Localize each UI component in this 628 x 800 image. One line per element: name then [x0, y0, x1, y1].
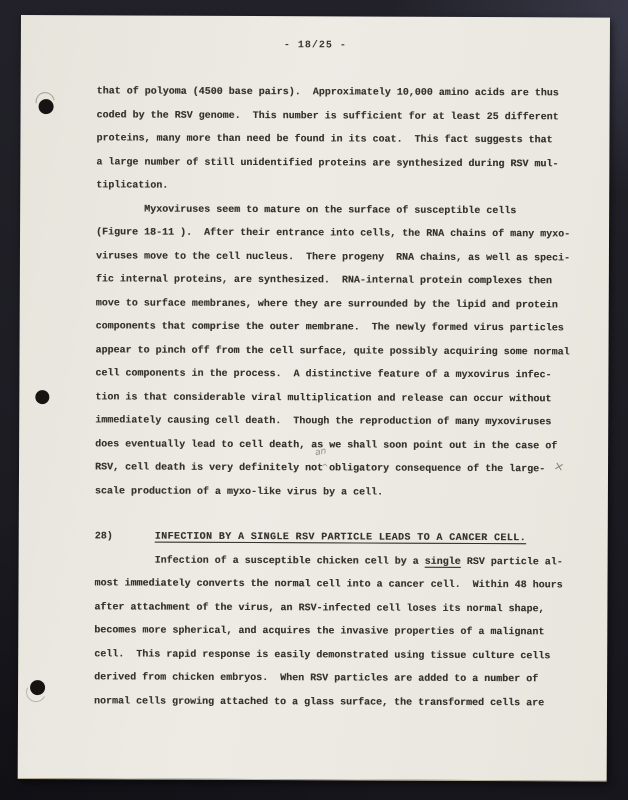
section-gap: [95, 503, 593, 527]
underlined-word: single: [425, 556, 461, 567]
text-line: RSV, cell death is very definitely not o…: [95, 456, 593, 482]
hole-punch: [35, 390, 49, 404]
section-number: 28): [95, 531, 113, 542]
text-line: (Figure 18-11 ). After their entrance in…: [96, 221, 594, 247]
hole-punch: [30, 680, 45, 695]
text-segment: RSV particle al-: [461, 556, 563, 567]
text-line: proteins, many more than need be found i…: [96, 127, 594, 153]
text-line: fic internal proteins, are synthesized. …: [96, 268, 594, 294]
text-line: tiplication.: [96, 174, 594, 200]
text-line: viruses move to the cell nucleus. There …: [96, 245, 594, 271]
text-line: that of polyoma (4500 base pairs). Appro…: [97, 80, 595, 106]
body-text: that of polyoma (4500 base pairs). Appro…: [94, 80, 595, 715]
text-line: does eventually lead to cell death, as w…: [95, 433, 593, 459]
page-number: - 18/25 -: [21, 39, 610, 53]
document-page: - 18/25 - that of polyoma (4500 base pai…: [18, 15, 610, 782]
text-line: derived from chicken embryos. When RSV p…: [94, 666, 592, 692]
text-line: Myxoviruses seem to mature on the surfac…: [96, 198, 594, 224]
text-line: after attachment of the virus, an RSV-in…: [94, 596, 592, 622]
insertion-caret-icon: ^: [321, 463, 329, 473]
text-line: becomes more spherical, and acquires the…: [94, 619, 592, 645]
section-heading: INFECTION BY A SINGLE RSV PARTICLE LEADS…: [155, 532, 526, 545]
handwritten-insertion: an: [314, 446, 327, 458]
text-line: Infection of a susceptible chicken cell …: [95, 549, 593, 575]
text-line: most immediately converts the normal cel…: [94, 572, 592, 598]
text-line: appear to pinch off from the cell surfac…: [95, 339, 593, 365]
hole-punch: [39, 99, 54, 114]
text-line: coded by the RSV genome. This number is …: [97, 104, 595, 130]
text-line: scale production of a myxo-like virus by…: [95, 480, 593, 506]
text-line: normal cells growing attached to a glass…: [94, 690, 592, 716]
text-line: cell components in the process. A distin…: [95, 362, 593, 388]
text-line: tion is that considerable viral multipli…: [95, 386, 593, 412]
section-heading-line: 28)INFECTION BY A SINGLE RSV PARTICLE LE…: [95, 525, 593, 551]
text-segment: Infection of a susceptible chicken cell …: [95, 555, 425, 567]
text-line: cell. This rapid response is easily demo…: [94, 643, 592, 669]
text-line: a large number of still unidentified pro…: [96, 151, 594, 177]
text-line: immediately causing cell death. Though t…: [95, 409, 593, 435]
text-line: components that comprise the outer membr…: [96, 315, 594, 341]
text-line: move to surface membranes, where they ar…: [96, 292, 594, 318]
